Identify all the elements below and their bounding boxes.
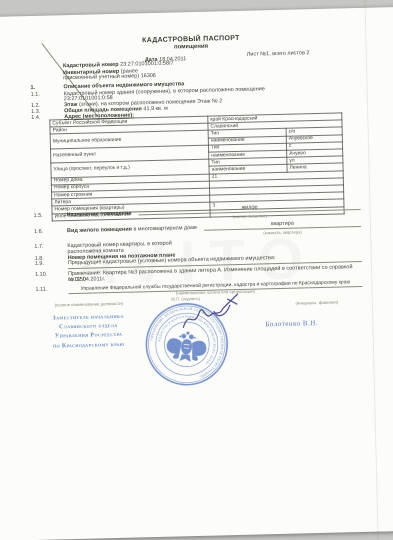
section-number: 1.7. — [34, 243, 64, 250]
position-line: по Краснодарскому краю — [26, 340, 152, 352]
section-number: 1.5. — [34, 212, 64, 219]
position-text: Заместитель начальника Славянского отдел… — [25, 312, 152, 352]
name-caption: (инициалы, фамилия) — [269, 299, 365, 306]
double-headed-eagle-icon — [165, 330, 207, 364]
section-text: в многоквартирном доме — [133, 225, 197, 233]
section-number: 1.10. — [35, 271, 65, 278]
section-label: Вид жилого помещения — [67, 227, 132, 235]
signature-svg — [178, 290, 245, 334]
section-number: 1.6. — [34, 228, 64, 235]
section-number: 1.1. — [31, 91, 61, 98]
paper-tilt-wrapper: AVITO КАДАСТРОВЫЙ ПАСПОРТ помещения Лист… — [0, 0, 393, 540]
handwritten-signature — [178, 290, 245, 334]
fold-line — [364, 0, 378, 540]
section-number: 1.11. — [35, 286, 65, 293]
position-caption: (полное наименование должности) — [29, 300, 149, 308]
signer-name: Болотенко В.Н. — [265, 319, 318, 328]
scanned-document: AVITO КАДАСТРОВЫЙ ПАСПОРТ помещения Лист… — [0, 0, 393, 540]
page-content: AVITO КАДАСТРОВЫЙ ПАСПОРТ помещения Лист… — [0, 0, 393, 540]
section-number: 1.9. — [35, 260, 65, 267]
